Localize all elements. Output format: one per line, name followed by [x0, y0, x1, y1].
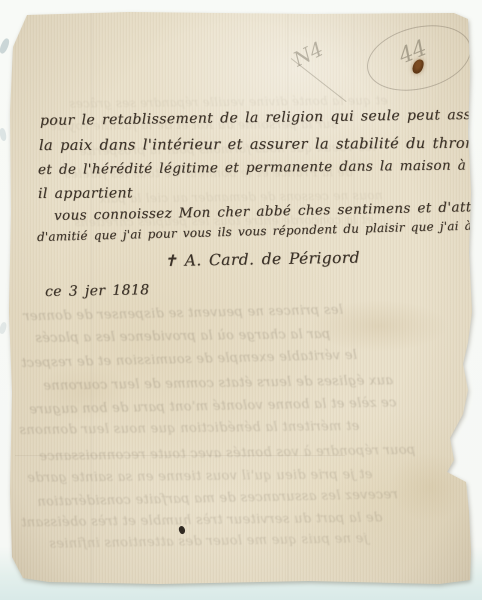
bleedthrough-line: le véritable exemple de soumission et de… — [21, 348, 357, 371]
paper-stain — [389, 452, 469, 522]
letter-line: la paix dans l'intérieur et assurer la s… — [39, 136, 482, 154]
bleedthrough-line: par la charge où la providence les a pla… — [35, 327, 330, 346]
bleedthrough-line: de la part du serviteur très humble et t… — [21, 510, 382, 530]
signature: ✝ A. Card. de Périgord — [164, 249, 360, 270]
bleedthrough-line: et méritent la bénédiction que nous leur… — [19, 419, 359, 438]
letter-line: et de l'hérédité légitime et permanente … — [38, 157, 482, 178]
date-line: ce 3 jer 1818 — [45, 282, 150, 300]
letter-line: il appartient — [38, 185, 133, 202]
bleedthrough-line: et je prie dieu qu'il vous tienne en sa … — [27, 467, 373, 486]
bleedthrough-line: recevez les assurances de ma parfaite co… — [37, 487, 398, 510]
bleedthrough-line: aux églises de leurs états comme de leur… — [43, 373, 393, 393]
bleedthrough-line: pour répondre à vos bontés avec toute re… — [39, 443, 415, 465]
bleedthrough-line: je ne puis que me louer des attentions i… — [49, 531, 368, 552]
letter-paper: N4 44 et que la bonté divine veuille rép… — [9, 12, 472, 584]
scanned-letter-page: N4 44 et que la bonté divine veuille rép… — [0, 0, 482, 600]
bleedthrough-line: les princes ne peuvent se dispenser de d… — [23, 303, 343, 325]
bleedthrough-line: ce zèle et la bonne volonté m'ont paru d… — [29, 395, 397, 417]
paper-shadow-wrap: N4 44 et que la bonté divine veuille rép… — [0, 0, 482, 600]
pencil-note: N4 — [289, 37, 327, 72]
